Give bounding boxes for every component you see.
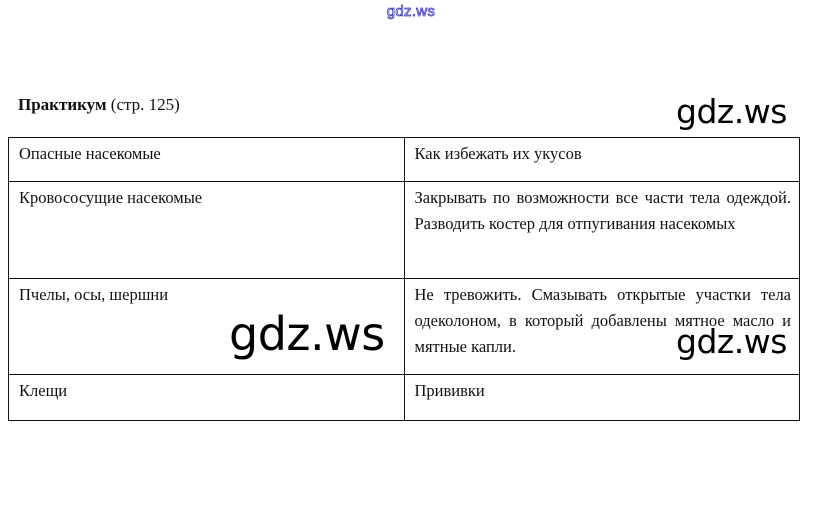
cell-prevention: Закрывать по возможности все части тела … bbox=[404, 182, 800, 279]
table-row: Клещи Прививки bbox=[9, 375, 800, 421]
cell-insect: Клещи bbox=[9, 375, 405, 421]
watermark-center: gdz.ws bbox=[229, 311, 385, 357]
table-header-row: Опасные насекомые Как избежать их укусов bbox=[9, 138, 800, 182]
table-row: Кровососущие насекомые Закрывать по возм… bbox=[9, 182, 800, 279]
header-cell-insects: Опасные насекомые bbox=[9, 138, 405, 182]
heading-page-ref: (стр. 125) bbox=[111, 95, 180, 114]
heading-title: Практикум bbox=[18, 95, 107, 114]
cell-prevention: Прививки bbox=[404, 375, 800, 421]
cell-insect: Кровососущие насекомые bbox=[9, 182, 405, 279]
practicum-table: Опасные насекомые Как избежать их укусов… bbox=[8, 137, 800, 421]
watermark-right-mid: gdz.ws bbox=[676, 325, 787, 358]
watermark-right-top: gdz.ws bbox=[676, 95, 787, 128]
section-heading: Практикум (стр. 125) bbox=[18, 95, 180, 115]
header-cell-prevention: Как избежать их укусов bbox=[404, 138, 800, 182]
watermark-top: gdz.ws bbox=[0, 3, 822, 20]
